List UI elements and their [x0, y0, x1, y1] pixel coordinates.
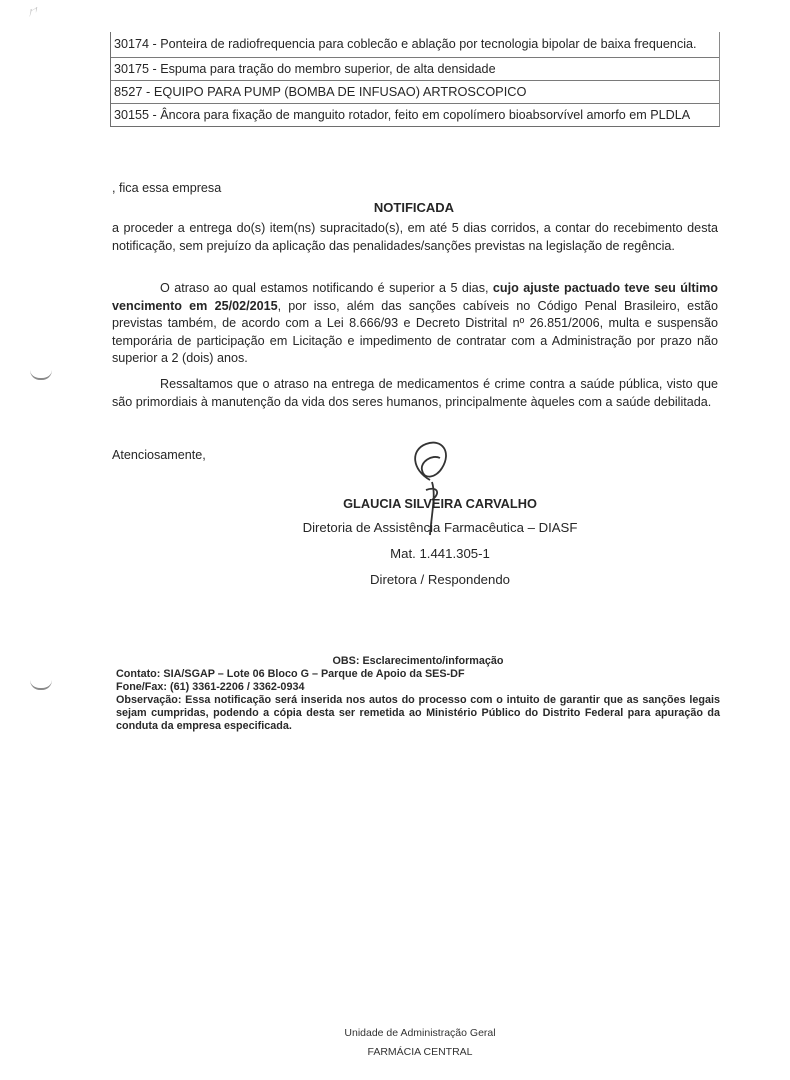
item-code: 30155	[114, 108, 149, 122]
items-table: 30174 - Ponteira de radiofrequencia para…	[110, 32, 720, 127]
item-code: 8527	[114, 84, 142, 99]
signatory-registration: Mat. 1.441.305-1	[270, 546, 610, 561]
item-code: 30174	[114, 37, 149, 51]
footer-name: FARMÁCIA CENTRAL	[300, 1046, 540, 1058]
closing-text: Atenciosamente,	[112, 447, 206, 465]
item-description: Âncora para fixação de manguito rotador,…	[160, 108, 690, 122]
table-row: 30174 - Ponteira de radiofrequencia para…	[111, 32, 719, 57]
notice-heading: NOTIFICADA	[110, 199, 718, 217]
obs-contact: Contato: SIA/SGAP – Lote 06 Bloco G – Pa…	[116, 668, 720, 681]
paragraph-delay: O atraso ao qual estamos notificando é s…	[112, 280, 718, 368]
item-description: Ponteira de radiofrequencia para coblecã…	[160, 37, 696, 51]
signatory-department: Diretoria de Assistência Farmacêutica – …	[270, 520, 610, 535]
signatory-role: Diretora / Respondendo	[270, 572, 610, 587]
document-page: ⺈ 30174 - Ponteira de radiofrequencia pa…	[0, 0, 790, 1080]
obs-phone: Fone/Fax: (61) 3361-2206 / 3362-0934	[116, 681, 720, 694]
signatory-name: GLAUCIA SILVEIRA CARVALHO	[270, 496, 610, 511]
table-row: 30155 - Âncora para fixação de manguito …	[111, 103, 719, 126]
hole-punch-mark	[30, 370, 52, 380]
item-code: 30175	[114, 62, 149, 76]
intro-text: , fica essa empresa	[112, 180, 221, 198]
obs-title: OBS: Esclarecimento/informação	[116, 655, 720, 668]
table-row: 30175 - Espuma para tração do membro sup…	[111, 57, 719, 80]
paragraph-delay-lead: O atraso ao qual estamos notificando é s…	[160, 281, 493, 295]
footer-unit: Unidade de Administração Geral	[300, 1027, 540, 1039]
paragraph-delivery: a proceder a entrega do(s) item(ns) supr…	[112, 220, 718, 255]
hole-punch-mark	[30, 680, 52, 690]
item-description: EQUIPO PARA PUMP (BOMBA DE INFUSAO) ARTR…	[154, 84, 527, 99]
paragraph-public-health: Ressaltamos que o atraso na entrega de m…	[112, 376, 718, 411]
scan-corner-mark: ⺈	[24, 2, 46, 26]
item-description: Espuma para tração do membro superior, d…	[160, 62, 495, 76]
obs-note: Observação: Essa notificação será inseri…	[116, 694, 720, 734]
table-row: 8527 - EQUIPO PARA PUMP (BOMBA DE INFUSA…	[111, 80, 719, 103]
